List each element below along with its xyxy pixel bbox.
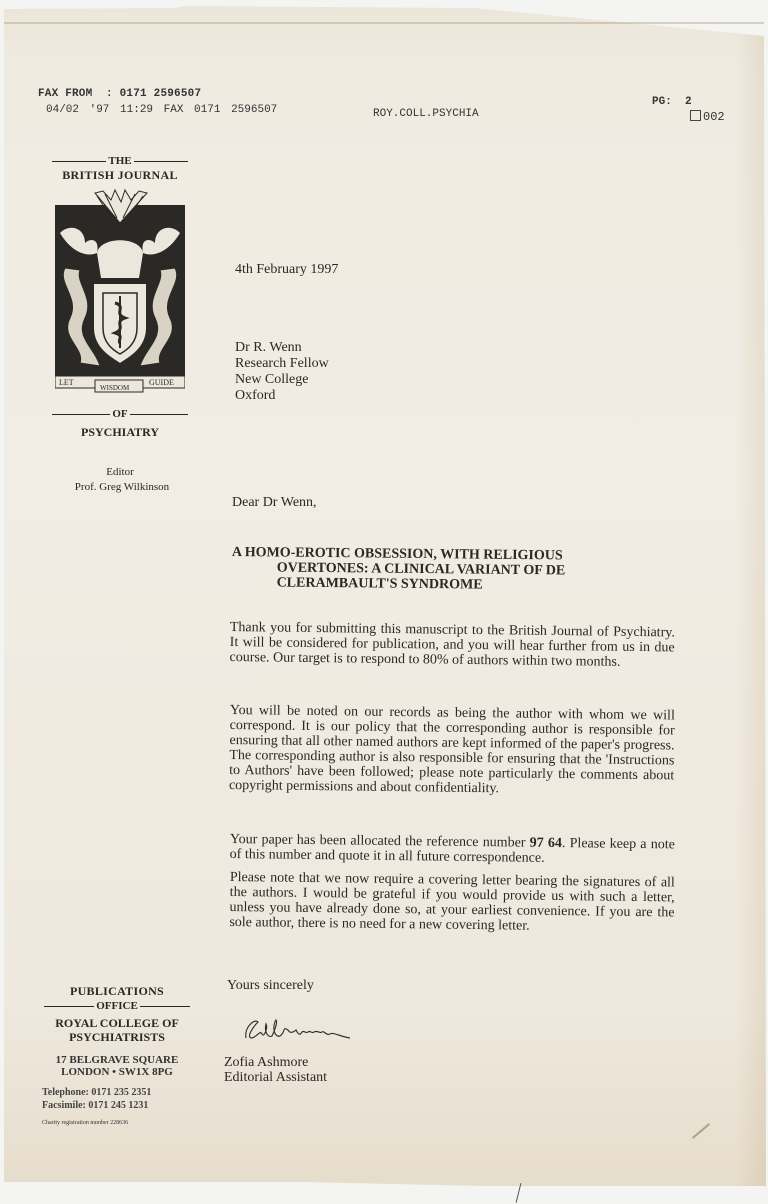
editor-name: Prof. Greg Wilkinson [42, 481, 202, 493]
masthead-the: THE [50, 155, 190, 167]
sequence-number: 002 [703, 110, 725, 124]
svg-text:LET: LET [59, 378, 74, 387]
paragraph-covering-letter: Please note that we now require a coveri… [229, 870, 675, 935]
reference-number: 97 64 [530, 836, 562, 851]
address-line: LONDON • SW1X 8PG [42, 1066, 192, 1078]
fax-from-number: : 0171 2596507 [106, 88, 201, 100]
signer-block: Zofia Ashmore Editorial Assistant [224, 1055, 327, 1085]
fax-timestamp-line: 04/02 '97 11:29 FAX 0171 2596507 [46, 104, 277, 116]
fax-from-line: FAX FROM : 0171 2596507 [38, 88, 201, 100]
charity-number: Charity registration number 228636 [42, 1120, 192, 1126]
fax-date: 04/02 '97 [46, 104, 109, 116]
fax-org: ROY.COLL.PSYCHIA [373, 108, 479, 120]
page-fold [4, 22, 764, 24]
page-number: 2 [685, 96, 692, 108]
pubs-contact: Telephone: 0171 235 2351 Facsimile: 0171… [42, 1086, 192, 1112]
masthead-of: OF [50, 408, 190, 420]
org-line: PSYCHIATRISTS [42, 1030, 192, 1044]
page-label: PG: [652, 96, 672, 108]
pubs-office: OFFICE [42, 1000, 192, 1012]
fax-number: FAX 0171 2596507 [164, 104, 278, 116]
letter-date: 4th February 1997 [235, 262, 338, 278]
signature-icon [238, 1010, 358, 1046]
recipient-address: Dr R. Wenn Research Fellow New College O… [235, 340, 329, 404]
org-line: ROYAL COLLEGE OF [42, 1016, 192, 1030]
paper-tear [516, 1183, 522, 1203]
editor-label: Editor [50, 466, 190, 478]
address-line: 17 BELGRAVE SQUARE [42, 1054, 192, 1066]
svg-text:WISDOM: WISDOM [100, 384, 130, 392]
fax-checkbox-icon [690, 110, 701, 121]
closing: Yours sincerely [227, 978, 314, 994]
svg-text:GUIDE: GUIDE [149, 378, 174, 387]
salutation: Dear Dr Wenn, [232, 495, 317, 511]
masthead-journal: BRITISH JOURNAL [50, 168, 190, 183]
crest-logo-icon: LET WISDOM GUIDE [55, 188, 185, 400]
pubs-address: 17 BELGRAVE SQUARE LONDON • SW1X 8PG [42, 1054, 192, 1078]
telephone: Telephone: 0171 235 2351 [42, 1086, 192, 1099]
journal-masthead: THE BRITISH JOURNAL [50, 155, 190, 183]
recipient-name: Dr R. Wenn [235, 340, 329, 356]
fax-from-label: FAX FROM [38, 88, 92, 100]
manuscript-title: A HOMO-EROTIC OBSESSION, WITH RELIGIOUS … [232, 545, 632, 594]
paragraph-acknowledgement: Thank you for submitting this manuscript… [229, 620, 675, 670]
recipient-college: New College [235, 372, 329, 388]
pubs-org: ROYAL COLLEGE OF PSYCHIATRISTS [42, 1016, 192, 1044]
fax-page: PG: 2 [652, 96, 692, 108]
signer-title: Editorial Assistant [224, 1070, 327, 1085]
masthead-psychiatry: PSYCHIATRY [50, 425, 190, 440]
recipient-title: Research Fellow [235, 356, 329, 372]
facsimile: Facsimile: 0171 245 1231 [42, 1099, 192, 1112]
paragraph-corresponding-author: You will be noted on our records as bein… [229, 703, 675, 798]
paragraph-reference-number: Your paper has been allocated the refere… [230, 832, 675, 867]
fax-sequence: 002 [690, 109, 725, 124]
recipient-city: Oxford [235, 388, 329, 404]
signer-name: Zofia Ashmore [224, 1055, 327, 1070]
fax-time: 11:29 [120, 104, 153, 116]
publications-office-block: PUBLICATIONS OFFICE ROYAL COLLEGE OF PSY… [42, 984, 192, 1126]
pubs-heading: PUBLICATIONS [42, 984, 192, 999]
